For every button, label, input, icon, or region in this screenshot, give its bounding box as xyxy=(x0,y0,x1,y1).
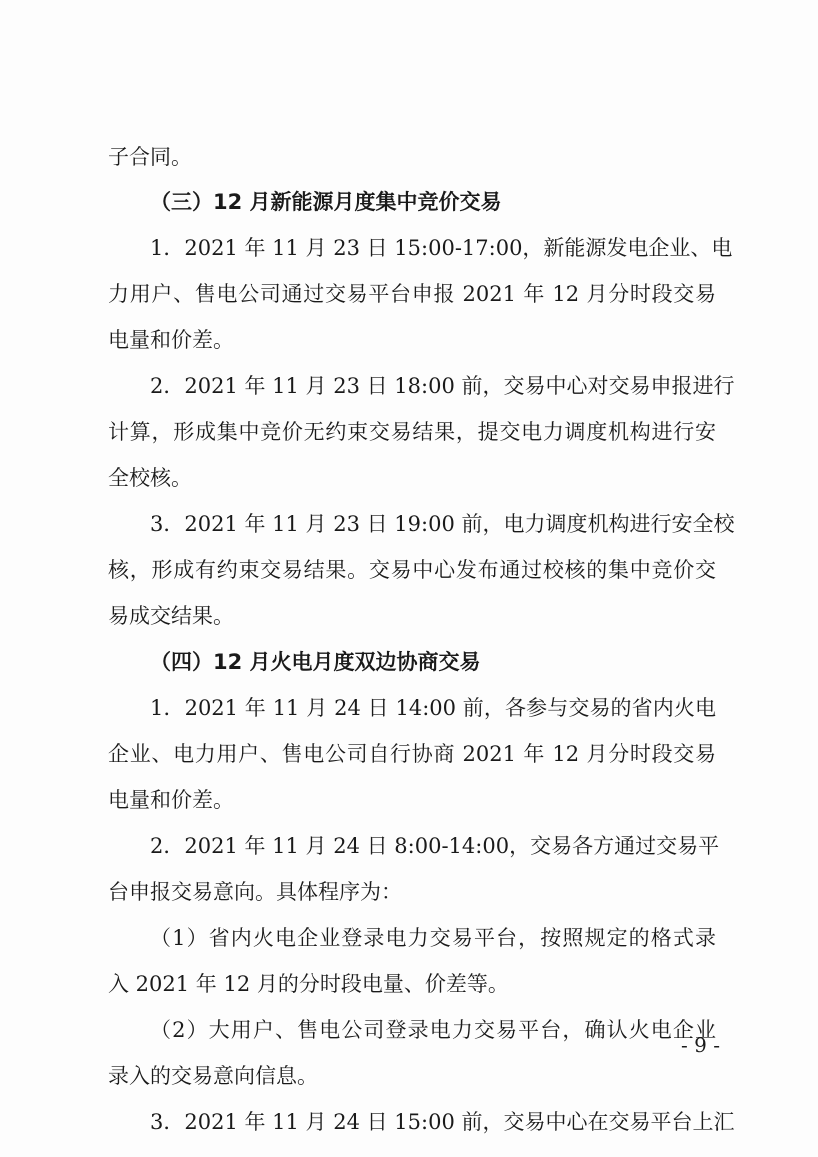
paragraph-line: 3．2021 年 11 月 24 日 15:00 前，交易中心在交易平台上汇 xyxy=(150,1099,716,1145)
paragraph-line: （1）省内火电企业登录电力交易平台，按照规定的格式录 xyxy=(150,915,716,961)
document-page: 子合同。 （三）12 月新能源月度集中竞价交易 1．2021 年 11 月 23… xyxy=(0,0,818,1157)
paragraph-line: 1．2021 年 11 月 23 日 15:00-17:00，新能源发电企业、电 xyxy=(150,225,716,271)
paragraph-line: 企业、电力用户、售电公司自行协商 2021 年 12 月分时段交易 xyxy=(108,731,716,777)
paragraph-line: 计算，形成集中竞价无约束交易结果，提交电力调度机构进行安 xyxy=(108,409,716,455)
section-heading-3: （三）12 月新能源月度集中竞价交易 xyxy=(150,179,716,225)
paragraph-line: 1．2021 年 11 月 24 日 14:00 前，各参与交易的省内火电 xyxy=(150,685,716,731)
paragraph-line: 电量和价差。 xyxy=(108,317,716,363)
page-number: - 9 - xyxy=(660,1030,720,1060)
paragraph-line: 力用户、售电公司通过交易平台申报 2021 年 12 月分时段交易 xyxy=(108,271,716,317)
paragraph-line: 入 2021 年 12 月的分时段电量、价差等。 xyxy=(108,961,716,1007)
paragraph-line: 2．2021 年 11 月 24 日 8:00-14:00，交易各方通过交易平 xyxy=(150,823,716,869)
paragraph-line: （2）大用户、售电公司登录电力交易平台，确认火电企业 xyxy=(150,1007,716,1053)
paragraph-line: 电量和价差。 xyxy=(108,777,716,823)
section-heading-4: （四）12 月火电月度双边协商交易 xyxy=(150,639,716,685)
paragraph-line: 核，形成有约束交易结果。交易中心发布通过校核的集中竞价交 xyxy=(108,547,716,593)
paragraph-line: 台申报交易意向。具体程序为： xyxy=(108,869,716,915)
paragraph-line: 全校核。 xyxy=(108,455,716,501)
text-line: 子合同。 xyxy=(108,134,716,180)
paragraph-line: 3．2021 年 11 月 23 日 19:00 前，电力调度机构进行安全校 xyxy=(150,501,716,547)
paragraph-line: 录入的交易意向信息。 xyxy=(108,1053,716,1099)
paragraph-line: 易成交结果。 xyxy=(108,593,716,639)
paragraph-line: 2．2021 年 11 月 23 日 18:00 前，交易中心对交易申报进行 xyxy=(150,363,716,409)
